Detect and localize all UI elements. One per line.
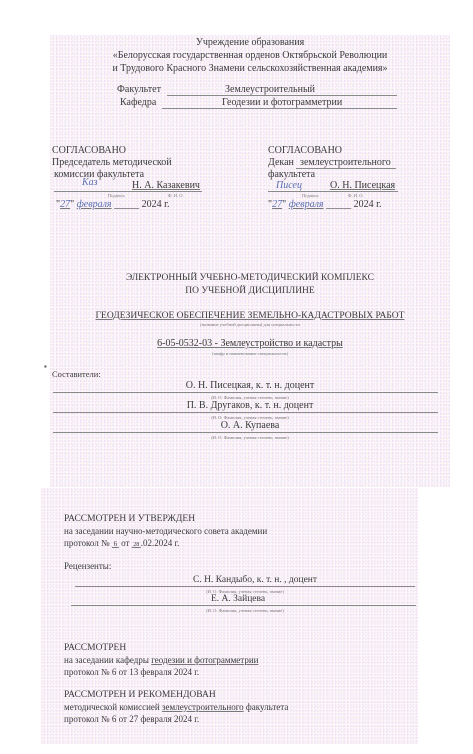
- authors-label: Составители:: [52, 368, 101, 380]
- approved-heading: РАССМОТРЕН И УТВЕРЖДЕН: [64, 513, 195, 525]
- department-value: Геодезии и фотограмметрии: [222, 97, 342, 109]
- complex-title-line1: ЭЛЕКТРОННЫЙ УЧЕБНО-МЕТОДИЧЕСКИЙ КОМПЛЕКС: [50, 272, 450, 284]
- reviewed-department-link: геодезии и фотограмметрии: [151, 655, 258, 665]
- approval-left-heading: СОГЛАСОВАНО: [52, 145, 126, 157]
- approval-right-caption-name: Ф. И. О.: [348, 193, 364, 198]
- faculty-label: Факультет: [117, 84, 161, 96]
- approval-right-line1-value: землеустроительного: [300, 157, 391, 169]
- document-page-2: РАССМОТРЕН И УТВЕРЖДЕН на заседании науч…: [41, 488, 418, 744]
- document-page-1: Учреждение образования «Белорусская госу…: [50, 35, 450, 487]
- reviewed-heading: РАССМОТРЕН: [64, 642, 126, 654]
- approval-left-line2: комиссии факультета: [54, 169, 144, 181]
- approval-right-name: О. Н. Писецкая: [330, 180, 395, 192]
- faculty-value: Землеустроительный: [225, 84, 315, 96]
- approval-left-caption-name: Ф. И. О.: [168, 193, 184, 198]
- approval-right-line1-label: Декан: [268, 157, 294, 169]
- approval-left-line1: Председатель методической: [52, 157, 172, 169]
- author-2: П. В. Другаков, к. т. н. доцент: [50, 400, 450, 412]
- approval-left-day: 27: [60, 199, 70, 210]
- recommended-line1-suffix: факультета: [246, 702, 288, 712]
- discipline-caption: (название учебной дисциплины) для специа…: [50, 322, 450, 327]
- reviewed-line2: протокол № 6 от 13 февраля 2024 г.: [64, 666, 199, 678]
- reviewed-line1-prefix: на заседании кафедры: [64, 655, 149, 665]
- approval-right-day: 27: [272, 199, 282, 210]
- specialty-caption: (шифр и наименование специальности): [50, 351, 450, 356]
- signature-kazakevich: Каз: [82, 177, 98, 189]
- approval-left-caption-sign: Подпись: [108, 193, 125, 198]
- author-3-caption: (И. О. Фамилия, ученая степень, звание): [50, 435, 450, 440]
- institution-line-3: и Трудового Красного Знамени сельскохозя…: [50, 63, 450, 75]
- approval-right-caption-sign: Подпись: [302, 193, 319, 198]
- reviewer-1: С. Н. Кандыбо, к. т. н. , доцент: [193, 574, 317, 586]
- recommended-faculty-link: землеустроительного: [162, 702, 244, 712]
- institution-line-1: Учреждение образования: [50, 37, 450, 49]
- specialty-name: 6-05-0532-03 - Землеустройство и кадастр…: [50, 338, 450, 350]
- author-1: О. Н. Писецкая, к. т. н. доцент: [50, 380, 450, 392]
- approval-left-month: февраля: [77, 199, 112, 210]
- approval-right-month: февраля: [289, 199, 324, 210]
- approval-right-year: 2024 г.: [354, 199, 382, 210]
- author-3: О. А. Купаева: [50, 420, 450, 432]
- approval-left-year: 2024 г.: [142, 199, 170, 210]
- recommended-heading: РАССМОТРЕН И РЕКОМЕНДОВАН: [64, 689, 216, 701]
- reviewers-label: Рецензенты:: [64, 560, 111, 572]
- recommended-line1-prefix: методической комиссией: [64, 702, 160, 712]
- approved-protocol-from: от: [121, 538, 129, 548]
- approved-protocol-rest: .02.2024 г.: [141, 538, 180, 548]
- institution-line-2: «Белорусская государственная орденов Окт…: [50, 50, 450, 62]
- reviewer-2-caption: (И. О. Фамилия, ученая степень, звание): [75, 608, 415, 613]
- approved-protocol-day: 28: [133, 542, 139, 548]
- department-label: Кафедра: [120, 97, 156, 109]
- approved-line1: на заседании научно-методического совета…: [64, 525, 267, 537]
- approval-right-heading: СОГЛАСОВАНО: [268, 145, 342, 157]
- approved-protocol-no: 6: [114, 540, 118, 548]
- approval-left-name: Н. А. Казакевич: [132, 180, 200, 192]
- reviewer-2: Е. А. Зайцева: [211, 593, 265, 605]
- complex-title-line2: ПО УЧЕБНОЙ ДИСЦИПЛИНЕ: [50, 285, 450, 297]
- recommended-line2: протокол № 6 от 27 февраля 2024 г.: [64, 713, 199, 725]
- approved-protocol-prefix: протокол №: [64, 538, 110, 548]
- discipline-name: ГЕОДЕЗИЧЕСКОЕ ОБЕСПЕЧЕНИЕ ЗЕМЕЛЬНО-КАДАС…: [50, 310, 450, 322]
